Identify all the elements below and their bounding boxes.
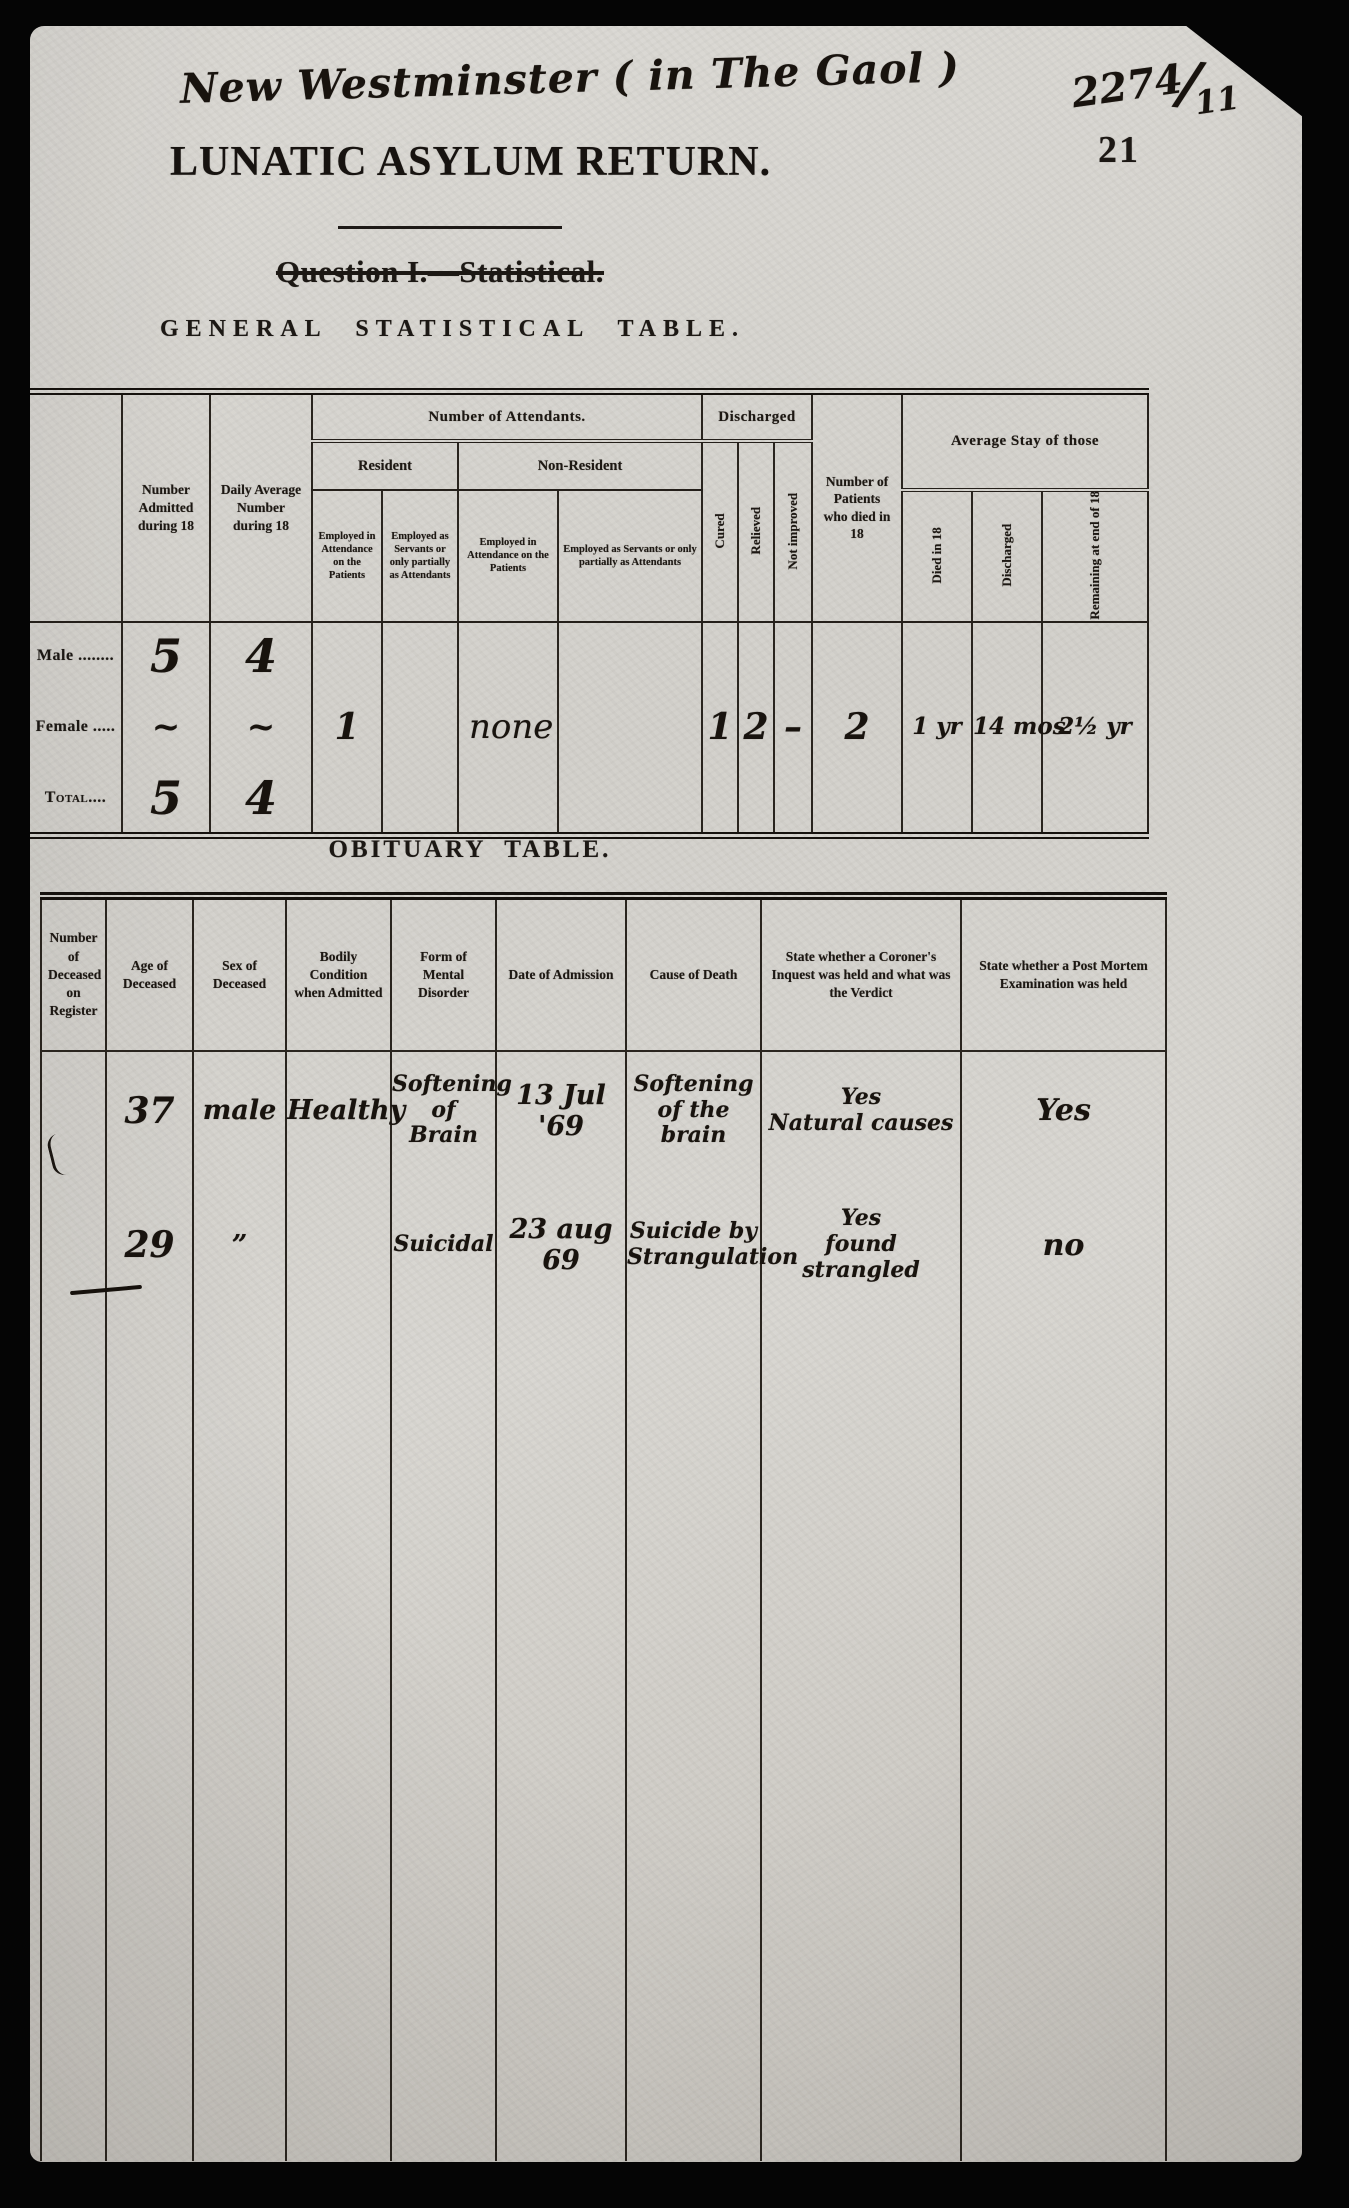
obit-cell-empty [41,1321,106,2161]
stat-cell-empty [382,690,458,764]
stat-female-staydischarged: 14 mos [972,690,1042,764]
stat-cell-empty [902,764,972,836]
stat-cell-empty [774,764,812,836]
stat-col-res-servants-header: Employed as Servants or only partially a… [382,490,458,622]
stat-col-relieved-header: Relieved [738,441,774,622]
stat-cell-empty [972,622,1042,690]
stat-female-dailyavg: ~ [210,690,312,764]
general-statistical-table: Number Admitted during 18 Daily Average … [30,388,1149,839]
stat-group-discharged: Discharged [702,392,812,442]
obit-col-disorder-header: Form of Mental Disorder [391,896,496,1051]
stat-cell-empty [812,764,902,836]
obit-cell-empty [193,1321,286,2161]
stat-col-remaining-header: Remaining at end of 18 [1042,490,1148,622]
obit-col-inquest-header: State whether a Coroner's Inquest was he… [761,896,961,1051]
stat-cell-empty [738,622,774,690]
obit-col-sex-header: Sex of Deceased [193,896,286,1051]
paper: New Westminster ( in The Gaol ) 2274/11 … [30,26,1302,2162]
obit-r1-cause: Softening of the brain [626,1051,761,1169]
stat-cell-empty [1042,764,1148,836]
stat-female-admitted: ~ [122,690,210,764]
obit-r2-admission: 23 aug 69 [496,1169,626,1321]
obit-r2-postmortem: no [961,1169,1166,1321]
stat-col-nonres-attendance-header: Employed in Attendance on the Patients [458,490,558,622]
stat-col-cured-header: Cured [702,441,738,622]
general-statistical-table-heading: GENERAL STATISTICAL TABLE. [160,316,720,343]
obit-r2-age: 29 [106,1169,193,1321]
stat-col-dailyavg-header: Daily Average Number during 18 [210,392,312,622]
stat-group-average-stay: Average Stay of those [902,392,1148,491]
scanned-page: New Westminster ( in The Gaol ) 2274/11 … [0,0,1349,2208]
obit-r1-age: 37 [106,1051,193,1169]
stat-cell-empty [812,622,902,690]
obit-cell-empty [496,1321,626,2161]
stat-col-notimproved-header: Not improved [774,441,812,622]
obit-r2-cause: Suicide by Strangulation [626,1169,761,1321]
question-heading: Question I.—Statistical. [190,254,690,290]
obit-r1-postmortem: Yes [961,1051,1166,1169]
stat-cell-empty [702,622,738,690]
obit-r1-disorder: Softening of Brain [391,1051,496,1169]
stat-female-nonresident: none [458,690,558,764]
file-number: 2274/11 [1068,43,1241,133]
stat-cell-empty [382,622,458,690]
obit-r1-inquest: Yes Natural causes [761,1051,961,1169]
stat-female-cured: 1 [702,690,738,764]
obit-r1-sex: male [193,1051,286,1169]
stat-female-notimproved: – [774,690,812,764]
obit-col-register-header: Number of Deceased on Register [41,896,106,1051]
stat-col-staydied-header: Died in 18 [902,490,972,622]
stat-cell-empty [458,622,558,690]
obit-r1-admission: 13 Jul '69 [496,1051,626,1169]
stat-female-relieved: 2 [738,690,774,764]
obit-r2-condition [286,1169,391,1321]
stat-row-total: Total.... 5 4 [30,764,1148,836]
stat-cell-empty [702,764,738,836]
title-rule [338,226,562,229]
stat-cell-empty [312,764,382,836]
obituary-table-heading: OBITUARY TABLE. [280,836,660,864]
stat-cell-empty [738,764,774,836]
stat-row-male: Male ........ 5 4 [30,622,1148,690]
stat-female-staydied: 1 yr [902,690,972,764]
stat-col-rowlabel-header [30,392,122,622]
obit-cell-empty [626,1321,761,2161]
stat-cell-empty [1042,622,1148,690]
stat-male-admitted: 5 [122,622,210,690]
stat-cell-empty [382,764,458,836]
stat-total-dailyavg: 4 [210,764,312,836]
stat-cell-empty [558,764,702,836]
stat-cell-empty [774,622,812,690]
location-handwritten: New Westminster ( in The Gaol ) [179,47,820,113]
obituary-header-row: Number of Deceased on Register Age of De… [41,896,1166,1051]
obituary-row-2: 29 ” Suicidal 23 aug 69 Suicide by Stran… [41,1169,1166,1321]
obit-cell-empty [106,1321,193,2161]
obit-cell-empty [961,1321,1166,2161]
stat-cell-empty [312,622,382,690]
obituary-table: Number of Deceased on Register Age of De… [40,892,1167,2161]
obit-cell-empty [761,1321,961,2161]
stat-female-res-attendance: 1 [312,690,382,764]
stat-group-attendants: Number of Attendants. [312,392,702,442]
stat-male-label: Male ........ [30,622,122,690]
stat-cell-empty [458,764,558,836]
stat-col-admitted-header: Number Admitted during 18 [122,392,210,622]
obit-col-admission-header: Date of Admission [496,896,626,1051]
stat-subgroup-resident: Resident [312,441,458,490]
stat-header-row-groups: Number Admitted during 18 Daily Average … [30,392,1148,442]
obit-cell-empty [286,1321,391,2161]
obit-r2-register [41,1169,106,1321]
stat-male-dailyavg: 4 [210,622,312,690]
obit-r2-disorder: Suicidal [391,1169,496,1321]
obit-col-condition-header: Bodily Condition when Admitted [286,896,391,1051]
stat-cell-empty [558,690,702,764]
file-number-denominator: 11 [1192,78,1241,122]
obit-cell-empty [391,1321,496,2161]
stat-row-female: Female ..... ~ ~ 1 none 1 2 – 2 1 yr 14 … [30,690,1148,764]
stat-col-staydischarged-header: Discharged [972,490,1042,622]
stat-total-label: Total.... [30,764,122,836]
stat-female-remaining: 2½ yr [1042,690,1148,764]
obit-col-cause-header: Cause of Death [626,896,761,1051]
stat-subgroup-nonresident: Non-Resident [458,441,702,490]
stat-col-died-header: Number of Patients who died in 18 [812,392,902,622]
obituary-row-1: 37 male Healthy Softening of Brain 13 Ju… [41,1051,1166,1169]
stat-cell-empty [972,764,1042,836]
folio-number: 21 [1098,128,1140,172]
stat-col-res-attendance-header: Employed in Attendance on the Patients [312,490,382,622]
stat-female-label: Female ..... [30,690,122,764]
file-number-numerator: 2274 [1069,55,1186,117]
obit-col-postmortem-header: State whether a Post Mortem Examination … [961,896,1166,1051]
obituary-empty-rows [41,1321,1166,2161]
obit-r1-condition: Healthy [286,1051,391,1169]
stat-female-died: 2 [812,690,902,764]
stat-cell-empty [558,622,702,690]
stat-cell-empty [902,622,972,690]
stat-col-nonres-servants-header: Employed as Servants or only partially a… [558,490,702,622]
stat-total-admitted: 5 [122,764,210,836]
obit-col-age-header: Age of Deceased [106,896,193,1051]
obit-r2-sex: ” [193,1169,286,1321]
page-title: LUNATIC ASYLUM RETURN. [170,138,710,186]
